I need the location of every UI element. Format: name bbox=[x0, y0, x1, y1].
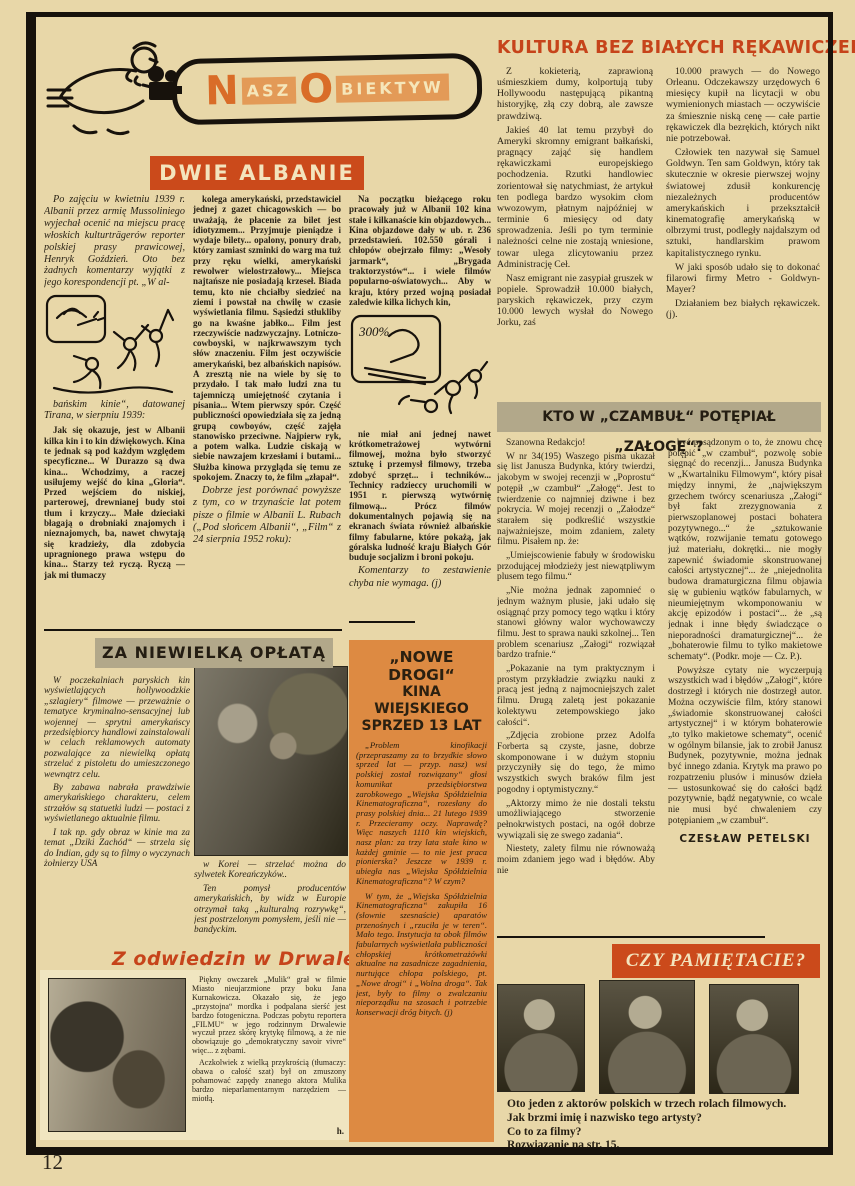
nowe-drogi-text: „Problem kinofikacji (przepraszamy za to… bbox=[356, 741, 487, 1023]
nowe-drogi-box: „NOWE DROGI“ KINA WIEJSKIEGO SPRZED 13 L… bbox=[349, 640, 494, 1142]
paragraph: być posądzonym o to, że znowu chcę potęp… bbox=[668, 438, 822, 663]
drwalewo-panel: Piękny owczarek „Mulik“ grał w filmie Mi… bbox=[40, 970, 352, 1140]
paragraph: „Umiejscowienie fabuły w środowisku przo… bbox=[497, 551, 655, 583]
paragraph: Dobrze jest porównać powyższe z tym, co … bbox=[193, 485, 341, 545]
paragraph: kolega amerykański, przedstawiciel jedne… bbox=[193, 194, 341, 482]
cinema-300-percent-cartoon-icon: 300% bbox=[349, 310, 489, 426]
paragraph: Jak brzmi imię i nazwisko tego artysty? bbox=[497, 1112, 819, 1126]
paragraph: „Pokazanie na tym praktycznym i prostym … bbox=[497, 664, 655, 728]
kultura-column-1: Z kokieterią, zaprawioną uśmieszkiem dum… bbox=[497, 66, 653, 402]
paragraph: Powyższe cytaty nie wyczerpują wszystkic… bbox=[668, 666, 822, 827]
actor-photo-2 bbox=[599, 980, 695, 1094]
divider-rule bbox=[44, 629, 342, 631]
paragraph: Po zajęciu w kwietniu 1939 r. Albanii pr… bbox=[44, 194, 185, 289]
drwalewo-signature: h. bbox=[337, 1126, 344, 1136]
paragraph: Aczkolwiek z wielką przykrością (tłumacz… bbox=[192, 1059, 346, 1104]
drwalewo-text: Piękny owczarek „Mulik“ grał w filmie Mi… bbox=[192, 976, 346, 1107]
paragraph: W jaki sposób udało się to dokonać filar… bbox=[666, 262, 820, 295]
logo-letter-o: O bbox=[299, 69, 334, 110]
paragraph: Niestety, zalety filmu nie równoważą moi… bbox=[497, 844, 655, 876]
paragraph: Z kokieterią, zaprawioną uśmieszkiem dum… bbox=[497, 66, 653, 122]
pamietacie-caption: Oto jeden z aktorów polskich w trzech ro… bbox=[497, 1098, 819, 1153]
za-niewielka-oplata-title: ZA NIEWIELKĄ OPŁATĄ bbox=[95, 638, 333, 668]
czambul-column-1: Szanowna Redakcjo!W nr 34(195) Waszego p… bbox=[497, 438, 655, 934]
dwie-albanie-column-3: Na początku bieżącego roku pracowały już… bbox=[349, 194, 491, 624]
paragraph: „Problem kinofikacji (przepraszamy za to… bbox=[356, 741, 487, 887]
kultura-title: KULTURA BEZ BIAŁYCH RĘKAWICZEK bbox=[497, 38, 855, 58]
dwie-albanie-title: DWIE ALBANIE bbox=[150, 156, 364, 190]
page-number: 12 bbox=[42, 1150, 63, 1175]
divider-rule bbox=[497, 936, 765, 938]
logo-letter-n: N bbox=[205, 71, 239, 112]
paragraph: Ten pomysł producentów amerykańskich, by… bbox=[194, 884, 346, 936]
paragraph: By zabawa nabrała prawdziwie amerykański… bbox=[44, 783, 190, 825]
paragraph: „Aktorzy mimo że nie dostali tekstu umoż… bbox=[497, 799, 655, 842]
paragraph: W nr 34(195) Waszego pisma ukazał się li… bbox=[497, 452, 655, 548]
paragraph: Piękny owczarek „Mulik“ grał w filmie Mi… bbox=[192, 976, 346, 1056]
czambul-signature: CZESŁAW PETELSKI bbox=[668, 834, 822, 845]
logo-asz: ASZ bbox=[241, 76, 296, 104]
paragraph: Komentarzy to zestawienie chyba nie wyma… bbox=[349, 565, 491, 589]
cameraman-cartoon-icon bbox=[46, 38, 184, 158]
czambul-column-2-text: być posądzonym o to, że znowu chcę potęp… bbox=[668, 438, 822, 826]
czy-pamietacie-title: CZY PAMIĘTACIE? bbox=[612, 944, 820, 978]
paragraph: Jakieś 40 lat temu przybył do Ameryki sk… bbox=[497, 125, 653, 270]
paragraph: Nasz emigrant nie zasypiał gruszek w pop… bbox=[497, 273, 653, 329]
magazine-page: N ASZ O BIEKTYW DWIE ALBANIE Po zajęciu … bbox=[0, 0, 855, 1186]
cinema-brawl-cartoon-icon bbox=[44, 292, 182, 396]
paragraph: W poczekalniach paryskich kin wyświetlaj… bbox=[44, 676, 190, 780]
kultura-column-2: 10.000 prawych — do Nowego Orleanu. Odcz… bbox=[666, 66, 820, 402]
paragraph: W tym, że „Wiejska Spółdzielnia Kinemato… bbox=[356, 892, 487, 1018]
nowe-drogi-title-line-3: SPRZED 13 LAT bbox=[356, 718, 487, 735]
paragraph: Rozwiązanie na str. 15. bbox=[497, 1139, 819, 1153]
shooting-gallery-photo bbox=[194, 666, 348, 856]
nasz-obiektyw-logo: N ASZ O BIEKTYW bbox=[171, 53, 482, 125]
nowe-drogi-title-line-1: „NOWE DROGI“ bbox=[356, 648, 487, 684]
logo-biektyw: BIEKTYW bbox=[336, 73, 449, 102]
mulik-dog-photo bbox=[48, 978, 186, 1132]
paragraph: Na początku bieżącego roku pracowały już… bbox=[349, 194, 491, 307]
cartoon-300-label: 300% bbox=[358, 324, 390, 339]
paragraph: Jak się okazuje, jest w Albanii kilka ki… bbox=[44, 425, 185, 579]
czambul-title: KTO W „CZAMBUŁ“ POTĘPIAŁ „ZAŁOGĘ“? bbox=[497, 402, 821, 432]
paragraph: Działaniem bez białych rękawiczek. (j). bbox=[666, 298, 820, 320]
paragraph: 10.000 prawych — do Nowego Orleanu. Odcz… bbox=[666, 66, 820, 144]
czambul-column-2: być posądzonym o to, że znowu chcę potęp… bbox=[668, 438, 822, 934]
paragraph: „Nie można jednak zapomnieć o jednym waż… bbox=[497, 586, 655, 661]
dwie-albanie-column-2: kolega amerykański, przedstawiciel jedne… bbox=[193, 194, 341, 634]
actor-photo-3 bbox=[709, 984, 799, 1094]
nowe-drogi-title-line-2: KINA WIEJSKIEGO bbox=[356, 684, 487, 718]
paragraph: bańskim kinie“, datowanej Tirana, w sier… bbox=[44, 399, 185, 423]
paragraph: Człowiek ten nazywał się Samuel Goldwyn.… bbox=[666, 147, 820, 259]
paragraph: w Korei — strzelać można do sylwetek Kor… bbox=[194, 860, 346, 881]
oplata-column-1: W poczekalniach paryskich kin wyświetlaj… bbox=[44, 676, 190, 952]
dwie-albanie-column-1: Po zajęciu w kwietniu 1939 r. Albanii pr… bbox=[44, 194, 185, 630]
divider-rule bbox=[349, 621, 415, 623]
paragraph: Oto jeden z aktorów polskich w trzech ro… bbox=[497, 1098, 819, 1112]
paragraph: „Zdjęcia zrobione przez Adolfa Forberta … bbox=[497, 731, 655, 795]
paragraph: Co to za filmy? bbox=[497, 1126, 819, 1140]
paragraph: nie miał ani jednej nawet krótkometrażow… bbox=[349, 429, 491, 563]
actor-photo-1 bbox=[497, 984, 585, 1092]
paragraph: I tak np. gdy obraz w kinie ma za temat … bbox=[44, 828, 190, 870]
